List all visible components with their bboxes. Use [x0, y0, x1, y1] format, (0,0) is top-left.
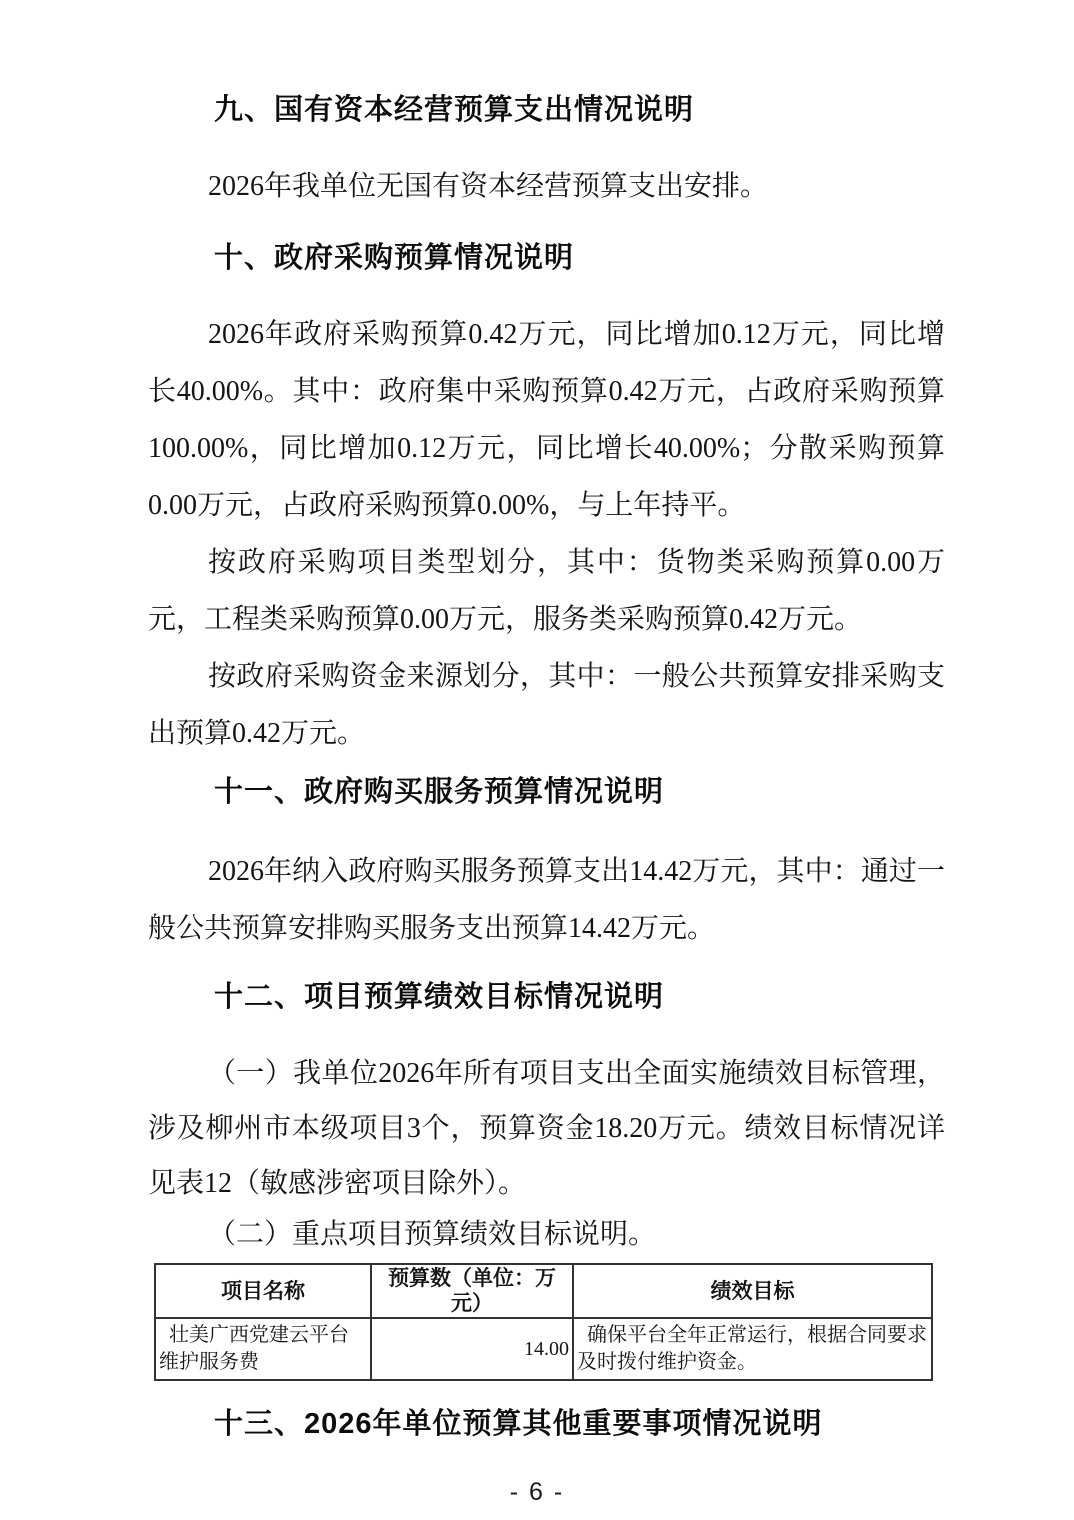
table-row: 壮美广西党建云平台维护服务费 14.00 确保平台全年正常运行，根据合同要求及时… — [155, 1318, 932, 1380]
column-header-project-name: 项目名称 — [155, 1264, 371, 1318]
performance-target-table: 项目名称 预算数（单位：万元） 绩效目标 壮美广西党建云平台维护服务费 14.0… — [154, 1263, 933, 1381]
section-12-heading: 十二、项目预算绩效目标情况说明 — [148, 976, 945, 1018]
section-10-paragraph-1: 2026年政府采购预算0.42万元，同比增加0.12万元，同比增长40.00%。… — [148, 306, 945, 534]
section-10-heading: 十、政府采购预算情况说明 — [148, 237, 945, 279]
section-12-paragraph-2: （二）重点项目预算绩效目标说明。 — [148, 1211, 945, 1259]
cell-budget-amount: 14.00 — [371, 1318, 573, 1380]
section-11-heading: 十一、政府购买服务预算情况说明 — [148, 771, 945, 813]
section-9-paragraph: 2026年我单位无国有资本经营预算支出安排。 — [148, 158, 945, 215]
cell-performance-target: 确保平台全年正常运行，根据合同要求及时拨付维护资金。 — [573, 1318, 932, 1380]
cell-project-name: 壮美广西党建云平台维护服务费 — [155, 1318, 371, 1380]
page-number: - 6 - — [0, 1478, 1074, 1507]
section-11-paragraph: 2026年纳入政府购买服务预算支出14.42万元，其中：通过一般公共预算安排购买… — [148, 843, 945, 957]
section-13-heading: 十三、2026年单位预算其他重要事项情况说明 — [148, 1403, 945, 1445]
column-header-performance-target: 绩效目标 — [573, 1264, 932, 1318]
section-9-heading: 九、国有资本经营预算支出情况说明 — [148, 89, 945, 131]
column-header-budget-amount: 预算数（单位：万元） — [371, 1264, 573, 1318]
section-10-paragraph-2: 按政府采购项目类型划分，其中：货物类采购预算0.00万元，工程类采购预算0.00… — [148, 534, 945, 648]
table-header-row: 项目名称 预算数（单位：万元） 绩效目标 — [155, 1264, 932, 1318]
section-12-paragraph-1: （一）我单位2026年所有项目支出全面实施绩效目标管理，涉及柳州市本级项目3个，… — [148, 1046, 945, 1211]
section-10-paragraph-3: 按政府采购资金来源划分，其中：一般公共预算安排采购支出预算0.42万元。 — [148, 648, 945, 762]
document-page: 九、国有资本经营预算支出情况说明 2026年我单位无国有资本经营预算支出安排。 … — [0, 0, 1074, 1520]
